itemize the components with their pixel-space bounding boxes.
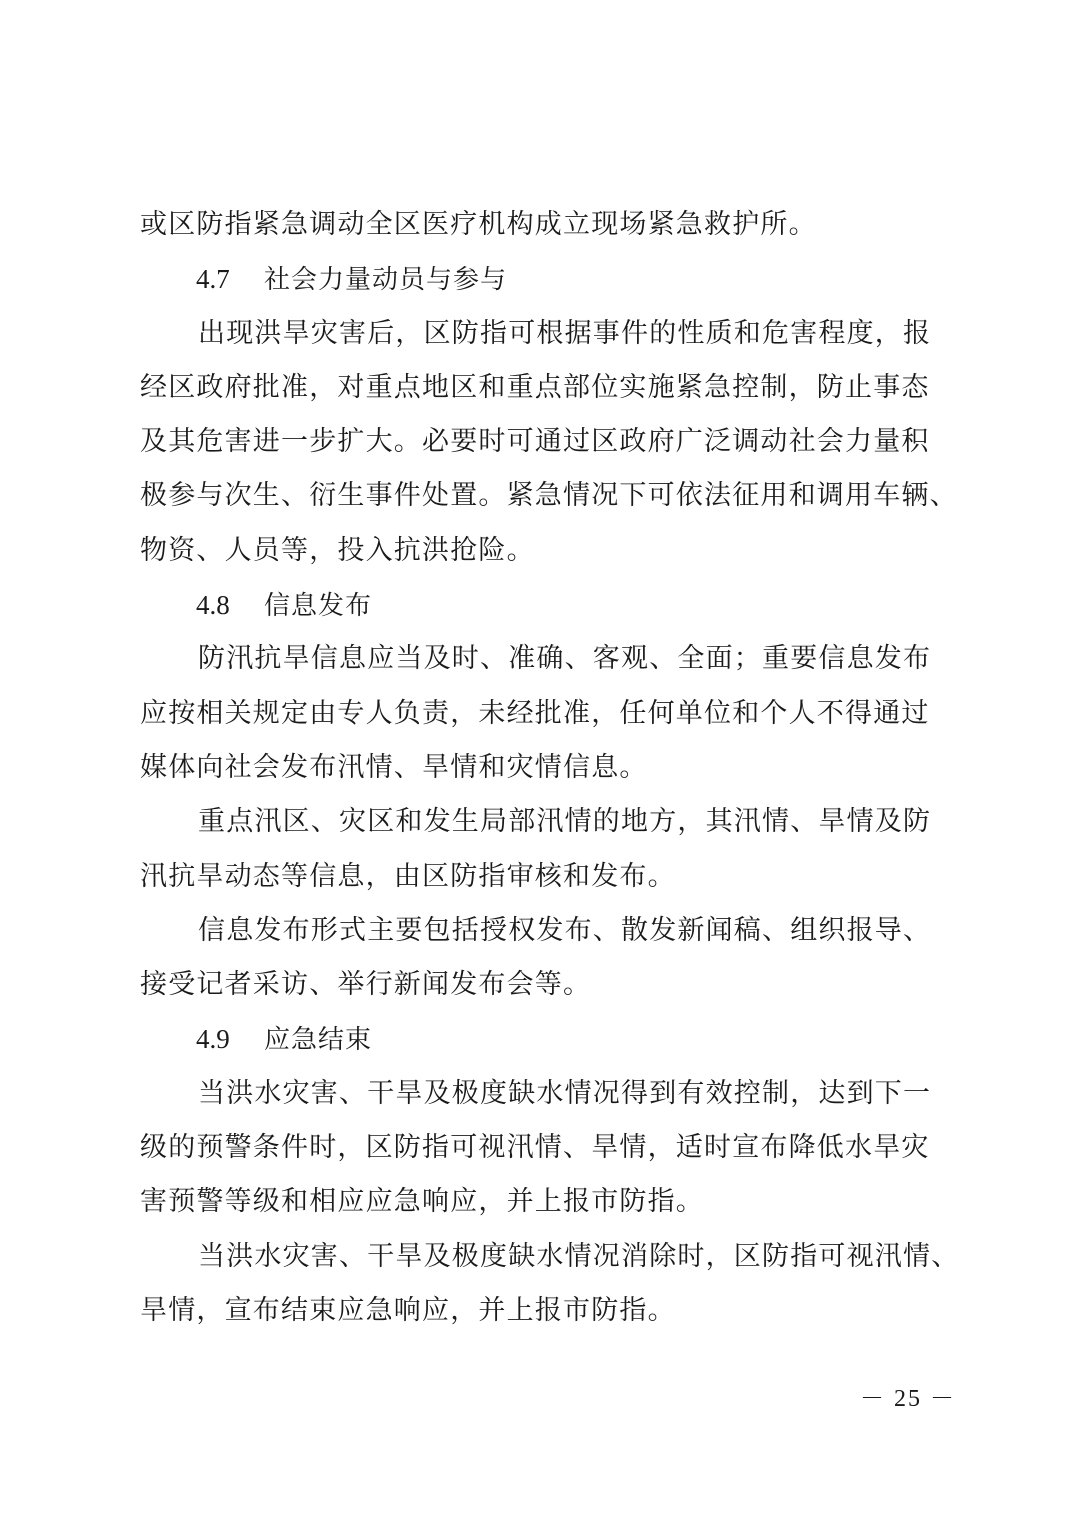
paragraph-line: 防汛抗旱信息应当及时、准确、客观、全面；重要信息发布	[140, 632, 940, 686]
paragraph-line: 重点汛区、灾区和发生局部汛情的地方，其汛情、旱情及防	[140, 795, 940, 849]
paragraph-line: 极参与次生、衍生事件处置。紧急情况下可依法征用和调用车辆、	[140, 469, 940, 523]
page-number: － 25 －	[860, 1378, 956, 1413]
paragraph-line: 信息发布形式主要包括授权发布、散发新闻稿、组织报导、	[140, 904, 940, 958]
paragraph-line: 或区防指紧急调动全区医疗机构成立现场紧急救护所。	[140, 198, 940, 252]
paragraph-line: 经区政府批准，对重点地区和重点部位实施紧急控制，防止事态	[140, 361, 940, 415]
section-title: 应急结束	[264, 1025, 372, 1055]
section-heading-4-9: 4.9应急结束	[140, 1012, 940, 1066]
paragraph-line: 害预警等级和相应应急响应，并上报市防指。	[140, 1175, 940, 1229]
section-number: 4.8	[196, 578, 264, 632]
section-title: 信息发布	[264, 591, 372, 621]
section-number: 4.7	[196, 252, 264, 306]
document-page: 或区防指紧急调动全区医疗机构成立现场紧急救护所。 4.7社会力量动员与参与 出现…	[0, 0, 1074, 1520]
paragraph-line: 物资、人员等，投入抗洪抢险。	[140, 524, 940, 578]
document-body: 或区防指紧急调动全区医疗机构成立现场紧急救护所。 4.7社会力量动员与参与 出现…	[140, 198, 940, 1338]
paragraph-line: 汛抗旱动态等信息，由区防指审核和发布。	[140, 850, 940, 904]
paragraph-line: 当洪水灾害、干旱及极度缺水情况得到有效控制，达到下一	[140, 1067, 940, 1121]
paragraph-line: 级的预警条件时，区防指可视汛情、旱情，适时宣布降低水旱灾	[140, 1121, 940, 1175]
paragraph-line: 应按相关规定由专人负责，未经批准，任何单位和个人不得通过	[140, 687, 940, 741]
paragraph-line: 出现洪旱灾害后，区防指可根据事件的性质和危害程度，报	[140, 307, 940, 361]
paragraph-line: 当洪水灾害、干旱及极度缺水情况消除时，区防指可视汛情、	[140, 1230, 940, 1284]
section-number: 4.9	[196, 1012, 264, 1066]
paragraph-line: 接受记者采访、举行新闻发布会等。	[140, 958, 940, 1012]
paragraph-line: 及其危害进一步扩大。必要时可通过区政府广泛调动社会力量积	[140, 415, 940, 469]
paragraph-line: 媒体向社会发布汛情、旱情和灾情信息。	[140, 741, 940, 795]
section-heading-4-7: 4.7社会力量动员与参与	[140, 252, 940, 306]
section-title: 社会力量动员与参与	[264, 265, 507, 295]
section-heading-4-8: 4.8信息发布	[140, 578, 940, 632]
paragraph-line: 旱情，宣布结束应急响应，并上报市防指。	[140, 1284, 940, 1338]
